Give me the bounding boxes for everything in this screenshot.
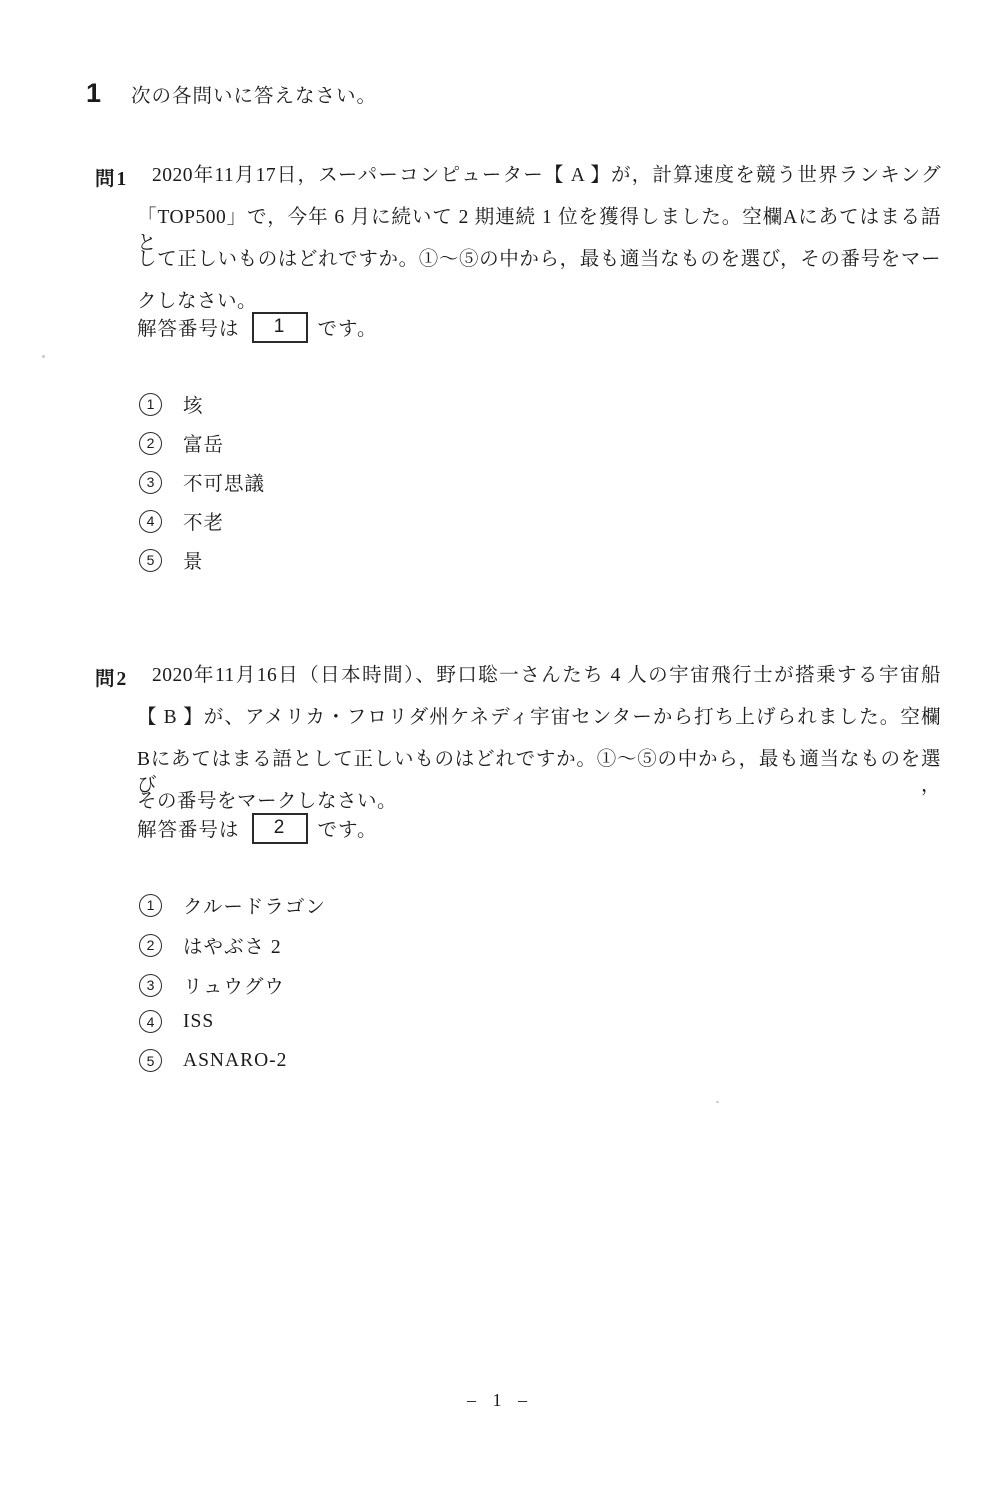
section-title: 次の各問いに答えなさい。	[131, 80, 377, 108]
circled-number-icon: 2	[139, 432, 162, 455]
question-2-line: 【 B 】が、アメリカ・フロリダ州ケネディ宇宙センターから打ち上げられました。空…	[137, 705, 941, 731]
answer-number-box: 1	[252, 312, 308, 343]
scan-speck	[716, 1101, 719, 1103]
option-label: 不老	[183, 507, 224, 535]
circled-number-icon: 1	[139, 393, 162, 416]
circled-number-icon: 3	[139, 974, 162, 997]
scan-speck	[42, 355, 45, 358]
option-label: ISS	[183, 1011, 214, 1033]
question-2-option-2: 2 はやぶさ 2	[139, 931, 282, 959]
question-1-answer-row: 解答番号は 1 です。	[137, 309, 377, 345]
question-2-line: 2020年11月16日（日本時間）、野口聡一さんたち 4 人の宇宙飛行士が搭乗す…	[152, 663, 941, 689]
option-label: はやぶさ 2	[183, 931, 282, 959]
circled-number-icon: 4	[139, 1010, 162, 1033]
option-label: ASNARO-2	[183, 1050, 287, 1072]
question-1-line: 2020年11月17日，スーパーコンピューター【 A 】が，計算速度を競う世界ラ…	[152, 163, 941, 189]
question-1-option-1: 1 垓	[139, 390, 204, 418]
circled-number-icon: 2	[139, 934, 162, 957]
option-label: リュウグウ	[183, 971, 285, 999]
question-2-option-4: 4 ISS	[139, 1010, 214, 1033]
circled-number-icon: 5	[139, 549, 162, 572]
question-1-label: 問1	[95, 163, 128, 191]
question-1-option-3: 3 不可思議	[139, 468, 265, 496]
option-label: 景	[183, 546, 204, 574]
answer-prefix: 解答番号は	[137, 814, 240, 842]
circled-number-icon: 3	[139, 471, 162, 494]
question-2-answer-row: 解答番号は 2 です。	[137, 810, 377, 846]
question-1-option-4: 4 不老	[139, 507, 224, 535]
question-2-option-1: 1 クルードラゴン	[139, 891, 326, 919]
question-2-label: 問2	[95, 663, 128, 691]
circled-number-icon: 5	[139, 1049, 162, 1072]
question-1-line: して正しいものはどれですか。①～⑤の中から，最も適当なものを選び，その番号をマー	[137, 247, 941, 273]
option-label: クルードラゴン	[183, 891, 326, 919]
page-number-footer: – 1 –	[0, 1390, 1000, 1411]
option-label: 不可思議	[183, 468, 265, 496]
section-number: 1	[86, 78, 101, 109]
answer-suffix: です。	[318, 814, 378, 842]
circled-number-icon: 4	[139, 510, 162, 533]
question-1-option-5: 5 景	[139, 546, 204, 574]
answer-suffix: です。	[318, 313, 378, 341]
circled-number-icon: 1	[139, 894, 162, 917]
option-label: 富岳	[183, 429, 224, 457]
option-label: 垓	[183, 390, 204, 418]
question-2-option-5: 5 ASNARO-2	[139, 1049, 287, 1072]
exam-page: 1 次の各問いに答えなさい。 問1 2020年11月17日，スーパーコンピュータ…	[0, 0, 1000, 1500]
answer-prefix: 解答番号は	[137, 313, 240, 341]
question-2-option-3: 3 リュウグウ	[139, 971, 285, 999]
answer-number-box: 2	[252, 813, 308, 844]
section-heading: 1 次の各問いに答えなさい。	[86, 78, 377, 109]
question-1-option-2: 2 富岳	[139, 429, 224, 457]
